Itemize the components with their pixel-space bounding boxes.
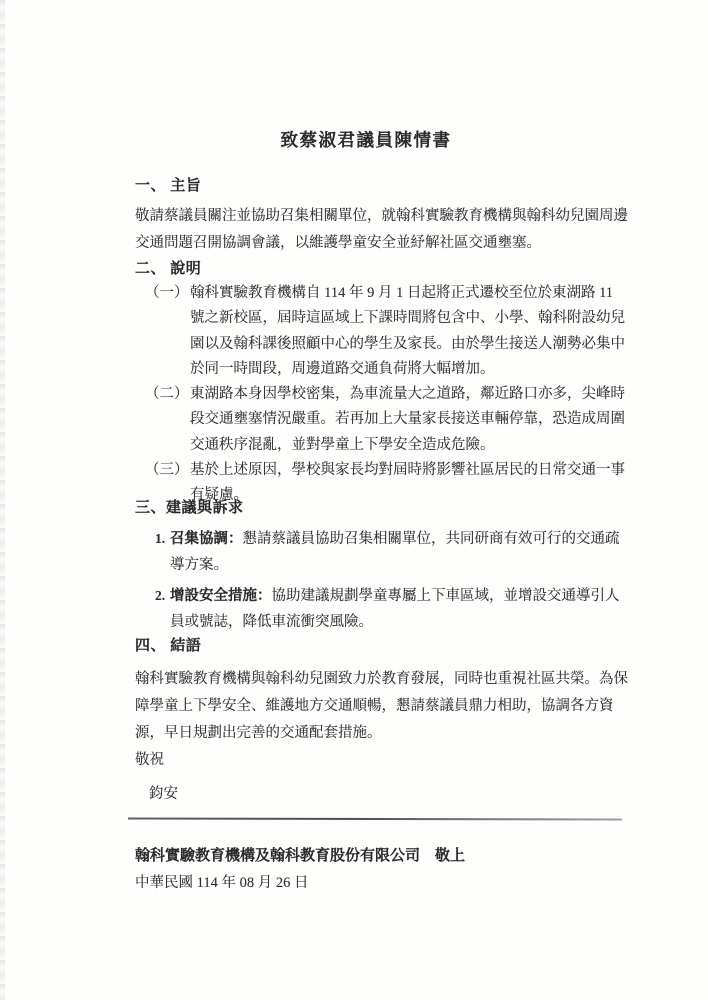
- text-line: 交通秩序混亂，並對學童上下學安全造成危險。: [190, 433, 597, 458]
- section-2-heading: 二、 說明: [135, 256, 597, 283]
- item-text: 增設安全措施：協助建議規劃學童專屬上下車區域，並增設交通導引人 員或號誌，降低車…: [170, 583, 597, 635]
- text-line: 翰科實驗教育機構自 114 年 9 月 1 日起將正式遷校至位於東湖路 11: [190, 281, 597, 306]
- item-body: 懇請蔡議員協助召集相關單位，共同研商有效可行的交通疏: [243, 531, 620, 547]
- conclusion-paragraph: 翰科實驗教育機構與翰科幼兒園致力於教育發展，同時也重視社區共榮。為保 障學童上下…: [135, 666, 597, 747]
- text-line: 導方案。: [170, 552, 597, 578]
- text-line: 敬請蔡議員關注並協助召集相關單位，就翰科實驗教育機構與翰科幼兒園周邊: [135, 203, 597, 230]
- text-line: 員或號誌，降低車流衝突風險。: [170, 609, 597, 635]
- item-label: 增設安全措施：: [170, 588, 272, 604]
- text-line: 基於上述原因，學校與家長均對屆時將影響社區居民的日常交通一事: [190, 458, 597, 483]
- signature-line: 翰科實驗教育機構及翰科教育股份有限公司 敬上: [135, 843, 597, 870]
- section-1-heading: 一、 主旨: [135, 173, 597, 200]
- section-3-heading: 三、建議與訴求: [135, 495, 597, 522]
- list-marker: （一）: [145, 281, 189, 306]
- item-body: 協助建議規劃學童專屬上下車區域，並增設交通導引人: [272, 588, 620, 604]
- text-line: 增設安全措施：協助建議規劃學童專屬上下車區域，並增設交通導引人: [170, 583, 597, 609]
- item-text: 東湖路本身因學校密集，為車流量大之道路，鄰近路口亦多，尖峰時 段交通壅塞情況嚴重…: [190, 382, 597, 458]
- closing-wish: 鈞安: [149, 781, 611, 808]
- scanned-petition-letter: 致蔡淑君議員陳情書 一、 主旨 敬請蔡議員關注並協助召集相關單位，就翰科實驗教育…: [0, 0, 708, 1000]
- explanation-item-1: （一） 翰科實驗教育機構自 114 年 9 月 1 日起將正式遷校至位於東湖路 …: [145, 281, 597, 382]
- text-line: 於同一時間段，周邊道路交通負荷將大幅增加。: [190, 357, 597, 382]
- subject-paragraph: 敬請蔡議員關注並協助召集相關單位，就翰科實驗教育機構與翰科幼兒園周邊 交通問題召…: [135, 203, 597, 257]
- text-line: 園以及翰科課後照顧中心的學生及家長。由於學生接送人潮勢必集中: [190, 332, 597, 357]
- signature-separator-line: [128, 817, 622, 820]
- date-line: 中華民國 114 年 08 月 26 日: [135, 870, 597, 897]
- text-line: 翰科實驗教育機構與翰科幼兒園致力於教育發展，同時也重視社區共榮。為保: [135, 666, 597, 693]
- section-4-heading: 四、 結語: [135, 633, 597, 660]
- item-text: 翰科實驗教育機構自 114 年 9 月 1 日起將正式遷校至位於東湖路 11 號…: [190, 281, 597, 382]
- text-line: 段交通壅塞情況嚴重。若再加上大量家長接送車輛停靠，恐造成周圍: [190, 407, 597, 432]
- item-text: 召集協調：懇請蔡議員協助召集相關單位，共同研商有效可行的交通疏 導方案。: [170, 526, 597, 578]
- list-number: 1.: [155, 526, 165, 552]
- request-item-2: 2. 增設安全措施：協助建議規劃學童專屬上下車區域，並增設交通導引人 員或號誌，…: [155, 583, 597, 635]
- item-label: 召集協調：: [170, 531, 243, 547]
- request-item-1: 1. 召集協調：懇請蔡議員協助召集相關單位，共同研商有效可行的交通疏 導方案。: [155, 526, 597, 578]
- explanation-item-2: （二） 東湖路本身因學校密集，為車流量大之道路，鄰近路口亦多，尖峰時 段交通壅塞…: [145, 382, 597, 458]
- page-title: 致蔡淑君議員陳情書: [135, 127, 597, 154]
- text-line: 東湖路本身因學校密集，為車流量大之道路，鄰近路口亦多，尖峰時: [190, 382, 597, 407]
- text-line: 障學童上下學安全、維護地方交通順暢，懇請蔡議員鼎力相助，協調各方資: [135, 693, 597, 720]
- scan-edge-artifact: [0, 0, 5, 1000]
- text-line: 號之新校區，屆時這區域上下課時間將包含中、小學、翰科附設幼兒: [190, 306, 597, 331]
- list-marker: （二）: [145, 382, 189, 407]
- text-line: 源，早日規劃出完善的交通配套措施。: [135, 720, 597, 747]
- list-number: 2.: [155, 583, 165, 609]
- text-line: 交通問題召開協調會議，以維護學童安全並紓解社區交通壅塞。: [135, 230, 597, 257]
- closing-salute: 敬祝: [135, 747, 597, 774]
- text-line: 召集協調：懇請蔡議員協助召集相關單位，共同研商有效可行的交通疏: [170, 526, 597, 552]
- list-marker: （三）: [145, 458, 189, 483]
